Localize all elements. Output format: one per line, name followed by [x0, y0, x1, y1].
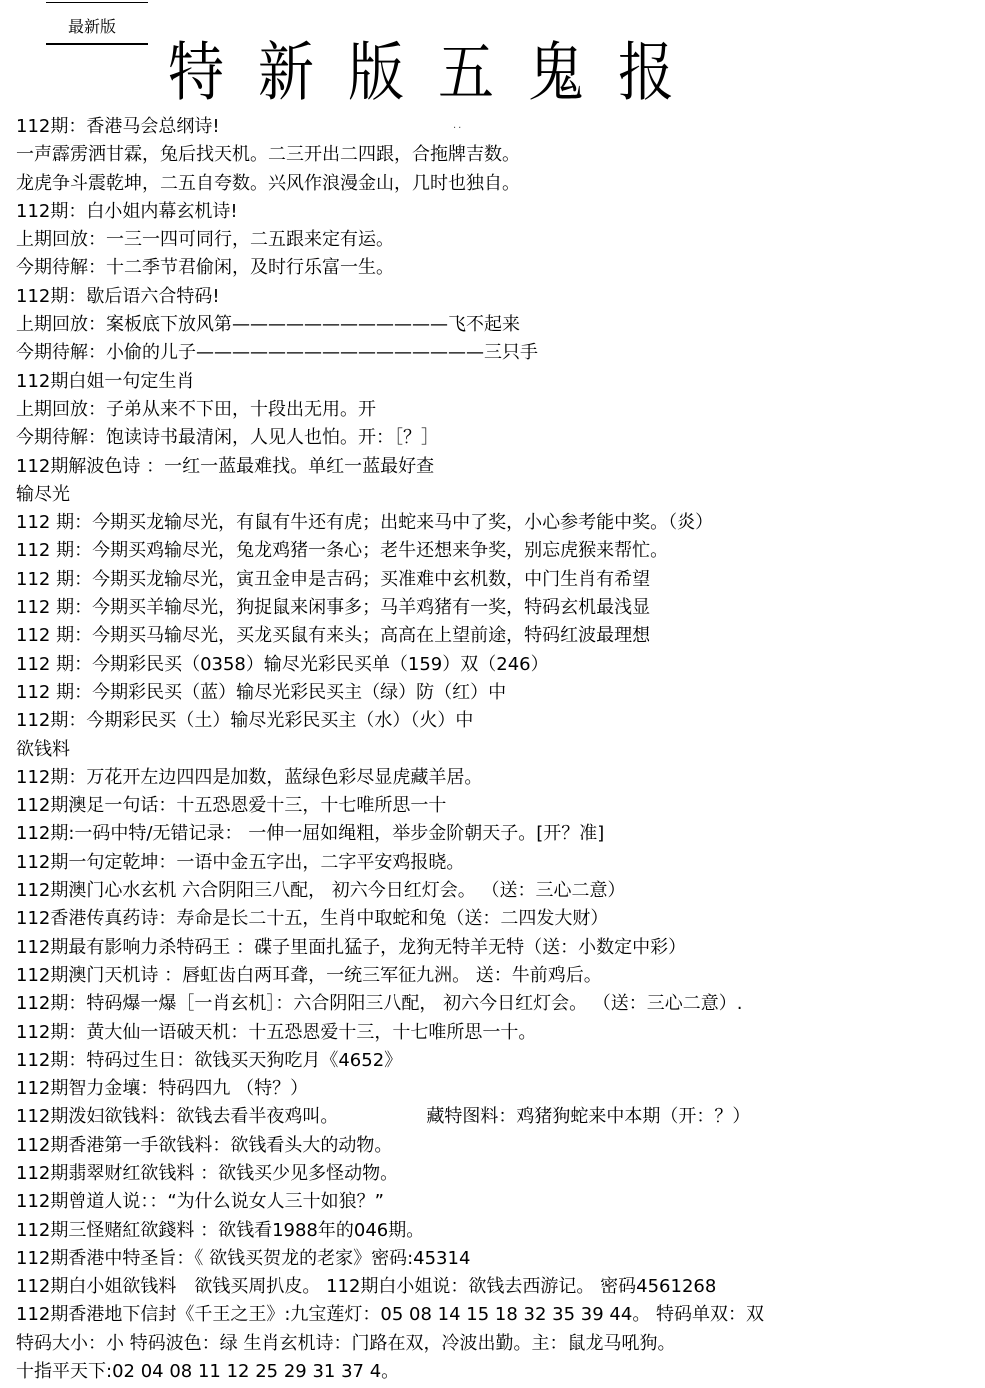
- text-line: 112 期：今期买鸡输尽光，兔龙鸡猪一条心；老牛还想来争奖，别忘虎猴来帮忙。: [16, 537, 981, 565]
- text-line: 112期澳足一句话：十五恐恩爱十三，十七唯所思一十: [16, 792, 981, 820]
- text-line: 112期最有影响力杀特码王 ：碟子里面扎猛子，龙狗无特羊无特（送：小数定中彩）: [16, 934, 981, 962]
- page-title: 特新版五鬼报: [168, 36, 708, 112]
- text-line: 112 期：今期彩民买（蓝）输尽光彩民买主（绿）防（红）中: [16, 679, 981, 707]
- text-line: 今期待解：小偷的儿子————————————————三只手: [16, 339, 981, 367]
- text-line: 112期:一码中特/无错记录： 一伸一屈如绳粗，举步金阶朝天子。[开？准]: [16, 820, 981, 848]
- text-line: 112期三怪赌紅欲錢料 ：欲钱看1988年的046期。: [16, 1217, 981, 1245]
- text-line: 112期：白小姐内幕玄机诗!: [16, 198, 981, 226]
- text-line: 112期香港中特圣旨：《 欲钱买贺龙的老家》密码:45314: [16, 1245, 981, 1273]
- text-line: 112期解波色诗 ：一红一蓝最难找。单红一蓝最好查: [16, 453, 981, 481]
- text-line: 112期智力金壤：特码四九 （特？）: [16, 1075, 981, 1103]
- text-line: 上期回放：案板底下放风第————————————飞不起来: [16, 311, 981, 339]
- text-line: 龙虎争斗震乾坤，二五自夸数。兴风作浪漫金山，几时也独自。: [16, 170, 981, 198]
- text-line: 上期回放：一三一四可同行，二五跟来定有运。: [16, 226, 981, 254]
- text-line: 112 期：今期买龙输尽光，寅丑金申是吉码；买准难中玄机数，中门生肖有希望: [16, 566, 981, 594]
- text-line: 112期：香港马会总纲诗!: [16, 113, 981, 141]
- text-line: 十指平天下:02 04 08 11 12 25 29 31 37 4。: [16, 1358, 981, 1386]
- text-line: 112期：特码过生日：欲钱买天狗吃月《4652》: [16, 1047, 981, 1075]
- text-line-left: 112期泼妇欲钱料：欲钱去看半夜鸡叫。: [16, 1106, 338, 1127]
- text-line: 112期香港地下信封《千王之王》:九宝莲灯：05 08 14 15 18 32 …: [16, 1301, 981, 1329]
- text-line: 112期：歇后语六合特码!: [16, 283, 981, 311]
- text-line-right: 藏特图料：鸡猪狗蛇来中本期（开：？）: [426, 1106, 750, 1127]
- text-line: 112期白姐一句定生肖: [16, 368, 981, 396]
- text-line: 上期回放：子弟从来不下田，十段出无用。开: [16, 396, 981, 424]
- text-line: 112期翡翠财红欲钱料 ：欲钱买少见多怪动物。: [16, 1160, 981, 1188]
- text-line: 112期曾道人说：：“为什么说女人三十如狼？”: [16, 1188, 981, 1216]
- text-line: 112期：特码爆一爆［一肖玄机］：六合阴阳三八配， 初六今日红灯会。 （送：三心…: [16, 990, 981, 1018]
- badge-top-rule: [46, 2, 148, 3]
- text-line: 一声霹雳洒甘霖，兔后找天机。二三开出二四跟，合拖牌吉数。: [16, 141, 981, 169]
- text-line: 输尽光: [16, 481, 981, 509]
- document-body: 112期：香港马会总纲诗!一声霹雳洒甘霖，兔后找天机。二三开出二四跟，合拖牌吉数…: [16, 113, 981, 1386]
- text-line: 特码大小：小 特码波色：绿 生肖玄机诗：门路在双，冷波出勤。主：鼠龙马吼狗。: [16, 1330, 981, 1358]
- text-line: 欲钱料: [16, 736, 981, 764]
- text-line: 112 期：今期买龙输尽光，有鼠有牛还有虎；出蛇来马中了奖，小心参考能中奖。（炎…: [16, 509, 981, 537]
- text-line: 今期待解：饱读诗书最清闲，人见人也怕。开：［？］: [16, 424, 981, 452]
- badge-bottom-rule: [46, 43, 148, 45]
- text-line: 112期澳门天机诗 ：唇虹齿白两耳聋，一统三军征九洲。 送：牛前鸡后。: [16, 962, 981, 990]
- text-line: 112 期：今期买马输尽光，买龙买鼠有来头；高高在上望前途，特码红波最理想: [16, 622, 981, 650]
- text-line: 112香港传真药诗：寿命是长二十五，生肖中取蛇和兔（送：二四发大财）: [16, 905, 981, 933]
- text-line: 112期一句定乾坤：一语中金五字出，二字平安鸡报晓。: [16, 849, 981, 877]
- text-line: 112 期：今期彩民买（0358）输尽光彩民买单（159）双（246）: [16, 651, 981, 679]
- text-line: 112期澳门心水玄机 六合阴阳三八配， 初六今日红灯会。 （送：三心二意）: [16, 877, 981, 905]
- text-line: 今期待解：十二季节君偷闲，及时行乐富一生。: [16, 254, 981, 282]
- text-line: 112期泼妇欲钱料：欲钱去看半夜鸡叫。藏特图料：鸡猪狗蛇来中本期（开：？）: [16, 1103, 981, 1131]
- latest-edition-badge: 最新版: [46, 0, 148, 44]
- badge-label: 最新版: [68, 14, 116, 37]
- text-line: 112 期：今期买羊输尽光，狗捉鼠来闲事多；马羊鸡猪有一奖，特码玄机最浅显: [16, 594, 981, 622]
- text-line: 112期白小姐欲钱料 欲钱买周扒皮。 112期白小姐说：欲钱去西游记。 密码45…: [16, 1273, 981, 1301]
- text-line: 112期：万花开左边四四是加数，蓝绿色彩尽显虎藏羊居。: [16, 764, 981, 792]
- text-line: 112期：黄大仙一语破天机：十五恐恩爱十三，十七唯所思一十。: [16, 1019, 981, 1047]
- text-line: 112期香港第一手欲钱料：欲钱看头大的动物。: [16, 1132, 981, 1160]
- text-line: 112期：今期彩民买（土）输尽光彩民买主（水）（火）中: [16, 707, 981, 735]
